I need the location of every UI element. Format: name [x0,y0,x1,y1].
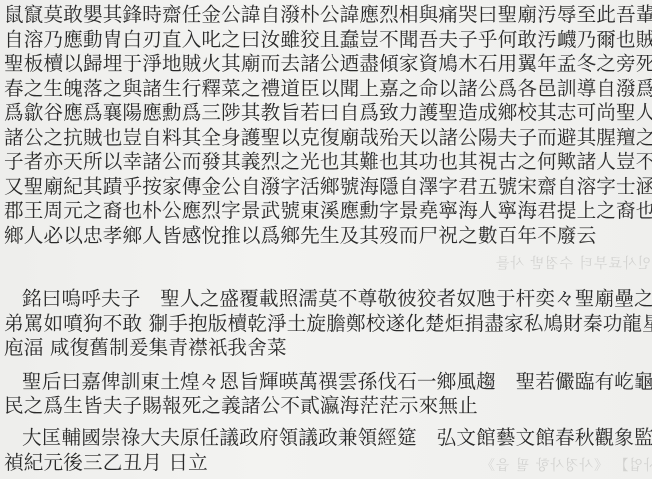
scanned-document-page: 鼠竄莫敢嬰其鋒時齋任金公諱自潑朴公諱應烈相與痛哭曰聖廟汚辱至此吾輩義當死各挙其弟… [0,0,652,479]
body-line-8: 又聖廟紀其蹟乎按家傳金公自潑字活鄉號海隱自澤字君五號宋齋自溶字士涵號怡悅齋江陵人… [4,175,650,199]
inscription-2-line-2: 民之爲生皆夫子賜報死之義諸公不貳瀛海茫茫示來無止 [4,394,650,418]
body-line-3: 聖板櫝以歸埋于淨地賊火其廟而去諸公迺盡傾家資鳩木石用翼年孟冬之旁死魄重建聖廟粤甲… [4,52,650,76]
inscription-1-line-3: 庖湢 咸復舊制爰集青襟祇我舍菜 [4,336,650,360]
inscription-1-line-2: 弟罵如噴狗不敢 猘手抱版櫝乾淨土旋膽鄭校遂化楚炬捐盡家私鳩財秦功龍星周未周邅構重… [4,312,650,336]
body-line-2: 自溶乃應動冑白刃直入叱之曰汝雖狡且蠢豈不聞吾夫子乎何敢汚衊乃爾也賊噴舌不敢動遂手… [4,28,650,52]
body-line-5: 爲歙谷應爲襄陽應勳爲三陟其教旨若曰自爲致力護聖造成鄉校其志可尚聖人一言之褒至矣嗚… [4,101,650,125]
inscription-2-line-1: 聖后曰嘉俾訓東土煌々恩旨輝暎萬禩雲孫伐石一鄉風趨 聖若儼臨有屹龜趺君々臣々父々子… [22,370,652,394]
inscription-1-line-1: 銘曰嗚呼夫子 聖人之盛覆載照濡莫不尊敬彼狡者奴虺于杆奕々聖廟壘之棧之惟金朴公旣厥… [22,287,652,311]
body-line-1: 鼠竄莫敢嬰其鋒時齋任金公諱自潑朴公諱應烈相與痛哭曰聖廟汚辱至此吾輩義當死各挙其弟… [4,3,650,27]
show-through-text-upper: 방인사료부터 수점받 사를 [495,253,652,273]
body-line-10: 鄉人必以忠孝鄉人皆感悅推以爲鄉先生及其歿而尸祝之數百年不廢云 [4,224,650,248]
body-line-4: 春之生魄落之與諸生行釋菜之禮道臣以聞上嘉之命以諸公爲各邑訓導自潑爲高城自澤爲通川… [4,77,650,101]
body-line-7: 子者亦天所以幸諸公而發其義烈之光也其難也其功也其視古之何歟諸人豈不尤有光哉奚下且… [4,150,650,174]
show-through-text-lower: 【지정사업】 《사정사항 필 읍》 [480,455,652,475]
attribution-line-1: 大匡輔國崇祿大夫原任議政府領議政兼領經筵 弘文館藝文館春秋觀象監事世子師李秉模撰… [22,426,652,450]
body-line-9: 郡王周元之裔也朴公應烈字景武號東溪應勳字景堯寧海人寧海君提上之裔也諸公居家亜行純… [4,199,650,223]
body-line-6: 諸公之抗賊也豈自料其全身護聖以克復廟哉殆天以諸公陽夫子而避其腥羶之垢也諸公得畢義… [4,126,650,150]
